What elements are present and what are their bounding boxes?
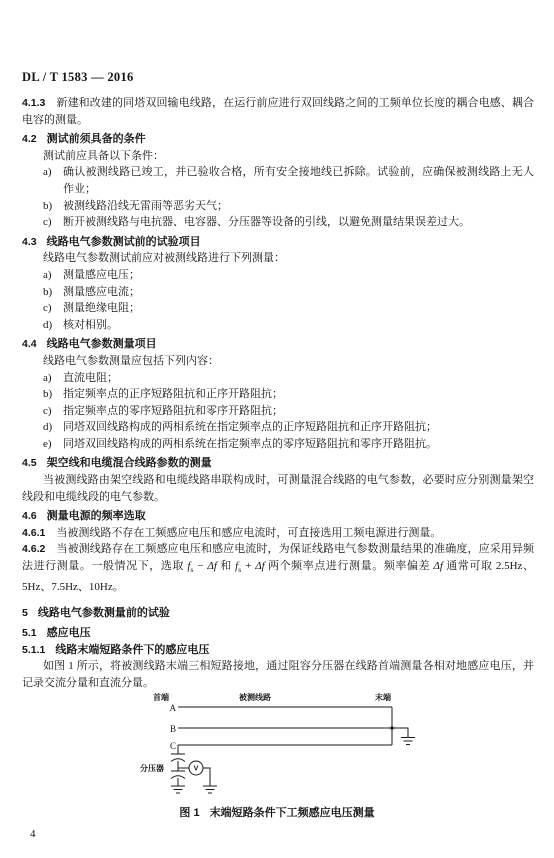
heading-title: 线路电气参数测量前的试验	[38, 607, 170, 619]
list-item: c)指定频率点的零序短路阻抗和零序开路阻抗；	[22, 403, 534, 420]
heading-title: 线路电气参数测量项目	[47, 338, 157, 350]
head-end-label: 首端	[153, 692, 169, 702]
list-item-label: a)	[43, 370, 52, 387]
list-item: b)测量感应电流；	[22, 284, 534, 301]
heading-4-3: 4.3线路电气参数测试前的试验项目	[22, 234, 534, 251]
conductor-lines	[171, 707, 415, 793]
list-item-text: 指定频率点的正序短路阻抗和正序开路阻抗；	[63, 388, 283, 400]
heading-number: 4.3	[22, 236, 37, 248]
phase-b-label: B	[170, 724, 176, 734]
far-end-ground-lead	[392, 728, 408, 737]
figure-caption-text: 末端短路条件下工频感应电压测量	[210, 807, 375, 819]
heading-number: 5.1	[22, 627, 37, 639]
list-item-label: d)	[43, 419, 52, 436]
list-item: a)直流电阻；	[22, 370, 534, 387]
list-item-label: b)	[43, 386, 52, 403]
list-item: d)同塔双回线路构成的两相系统在指定频率点的正序短路阻抗和正序开路阻抗；	[22, 419, 534, 436]
clause-text: 和	[217, 560, 235, 572]
paragraph-4-3-intro: 线路电气参数测试前应对被测线路进行下列测量：	[22, 250, 534, 267]
heading-title: 线路电气参数测试前的试验项目	[47, 236, 201, 248]
heading-4-4: 4.4线路电气参数测量项目	[22, 336, 534, 353]
list-item-label: a)	[43, 267, 52, 284]
list-item-text: 指定频率点的零序短路阻抗和零序开路阻抗；	[63, 405, 283, 417]
list-item-text: 核对相别。	[63, 319, 118, 331]
paragraph-4-5: 当被测线路由架空线路和电缆线路串联构成时，可测量混合线路的电气参数，必要时应分别…	[22, 472, 534, 505]
list-item: d)核对相别。	[22, 317, 534, 334]
heading-number: 5.1.1	[22, 644, 45, 656]
heading-number: 4.6	[22, 510, 37, 522]
junction-dot	[390, 726, 394, 730]
heading-number: 4.2	[22, 133, 37, 145]
phase-a-label: A	[170, 703, 177, 713]
paragraph-5-1-1: 如图 1 所示，将被测线路末端三相短路接地，通过阻容分压器在线路首端测量各相对地…	[22, 658, 534, 691]
frequency-offset-symbol: Δf	[433, 560, 443, 572]
heading-number: 5	[22, 607, 28, 619]
far-end-label: 末端	[375, 692, 391, 702]
document-page: DL / T 1583 — 2016 4.1.3新建和改建的同塔双回输电线路，在…	[0, 0, 554, 858]
figure-1-circuit-diagram: 首端 被测线路 末端 A B C	[140, 692, 432, 804]
phase-c-label: C	[170, 741, 176, 751]
heading-5-1-1: 5.1.1线路末端短路条件下的感应电压	[22, 642, 534, 659]
voltmeter-letter: V	[194, 766, 199, 773]
page-content: DL / T 1583 — 2016 4.1.3新建和改建的同塔双回输电线路，在…	[22, 70, 534, 691]
circuit-diagram-svg: 首端 被测线路 末端 A B C	[140, 692, 432, 804]
heading-4-2: 4.2测试前须具备的条件	[22, 131, 534, 148]
list-item-label: e)	[43, 436, 52, 453]
heading-4-5: 4.5架空线和电缆混合线路参数的测量	[22, 455, 534, 472]
list-item: a)测量感应电压；	[22, 267, 534, 284]
heading-title: 架空线和电缆混合线路参数的测量	[47, 457, 212, 469]
ground-icon	[401, 738, 415, 745]
list-item-text: 确认被测线路已竣工，并已验收合格，所有安全接地线已拆除。试验前，应确保被测线路上…	[63, 166, 534, 195]
heading-title: 测试前须具备的条件	[47, 133, 146, 145]
heading-number: 4.4	[22, 338, 37, 350]
clause-number: 4.1.3	[22, 97, 45, 109]
clause-number: 4.6.2	[22, 543, 45, 555]
divider-label: 分压器	[140, 763, 164, 773]
list-item-text: 同塔双回线路构成的两相系统在指定频率点的零序短路阻抗和零序开路阻抗。	[63, 438, 437, 450]
list-item-label: b)	[43, 198, 52, 215]
heading-5-1: 5.1感应电压	[22, 625, 534, 642]
list-item-text: 测量感应电流；	[63, 286, 140, 298]
heading-number: 4.5	[22, 457, 37, 469]
voltmeter-lead-right	[203, 768, 210, 786]
list-item: a)确认被测线路已竣工，并已验收合格，所有安全接地线已拆除。试验前，应确保被测线…	[22, 164, 534, 197]
clause-4-6-2: 4.6.2当被测线路存在工频感应电压和感应电流时，为保证线路电气参数测量结果的准…	[22, 541, 534, 595]
list-item-label: c)	[43, 300, 52, 317]
list-item: c)断开被测线路与电抗器、电容器、分压器等设备的引线，以避免测量结果误差过大。	[22, 214, 534, 231]
list-item-label: c)	[43, 403, 52, 420]
clause-text: 新建和改建的同塔双回输电线路，在运行前应进行双回线路之间的工频单位长度的耦合电感…	[22, 97, 534, 126]
clause-4-1-3: 4.1.3新建和改建的同塔双回输电线路，在运行前应进行双回线路之间的工频单位长度…	[22, 95, 534, 128]
list-item: b)指定频率点的正序短路阻抗和正序开路阻抗；	[22, 386, 534, 403]
list-item-text: 直流电阻；	[63, 372, 118, 384]
paragraph-4-4-intro: 线路电气参数测量应包括下列内容：	[22, 353, 534, 370]
list-item-label: d)	[43, 317, 52, 334]
figure-caption-number: 图 1	[179, 807, 199, 819]
list-item-text: 断开被测线路与电抗器、电容器、分压器等设备的引线，以避免测量结果误差过大。	[63, 216, 470, 228]
list-item: b)被测线路沿线无雷雨等恶劣天气；	[22, 198, 534, 215]
list-item: e)同塔双回线路构成的两相系统在指定频率点的零序短路阻抗和零序开路阻抗。	[22, 436, 534, 453]
standard-code-header: DL / T 1583 — 2016	[22, 70, 534, 85]
line-under-test-label: 被测线路	[239, 692, 271, 702]
list-item-label: b)	[43, 284, 52, 301]
clause-text: 当被测线路不存在工频感应电压和感应电流时，可直接选用工频电源进行测量。	[56, 527, 441, 539]
clause-text: 两个频率点进行测量。频率偏差	[265, 560, 434, 572]
list-item: c)测量绝缘电阻；	[22, 300, 534, 317]
list-item-text: 测量感应电压；	[63, 269, 140, 281]
page-number: 4	[30, 828, 36, 840]
heading-5: 5线路电气参数测量前的试验	[22, 605, 534, 622]
figure-1-caption: 图 1末端短路条件下工频感应电压测量	[0, 804, 554, 820]
clause-number: 4.6.1	[22, 527, 45, 539]
ground-icon	[203, 786, 217, 793]
clause-4-6-1: 4.6.1当被测线路不存在工频感应电压和感应电流时，可直接选用工频电源进行测量。	[22, 525, 534, 542]
list-item-text: 同塔双回线路构成的两相系统在指定频率点的正序短路阻抗和正序开路阻抗；	[63, 421, 437, 433]
ground-icon	[171, 786, 185, 793]
heading-title: 线路末端短路条件下的感应电压	[55, 644, 209, 656]
frequency-formula-high: fs + Δf	[235, 560, 265, 572]
heading-title: 感应电压	[47, 627, 91, 639]
frequency-formula-low: fs − Δf	[187, 560, 217, 572]
heading-title: 测量电源的频率选取	[47, 510, 146, 522]
list-item-label: a)	[43, 164, 52, 181]
list-item-text: 被测线路沿线无雷雨等恶劣天气；	[63, 200, 228, 212]
list-item-text: 测量绝缘电阻；	[63, 302, 140, 314]
paragraph-4-2-intro: 测试前应具备以下条件：	[22, 148, 534, 165]
list-item-label: c)	[43, 214, 52, 231]
heading-4-6: 4.6测量电源的频率选取	[22, 508, 534, 525]
